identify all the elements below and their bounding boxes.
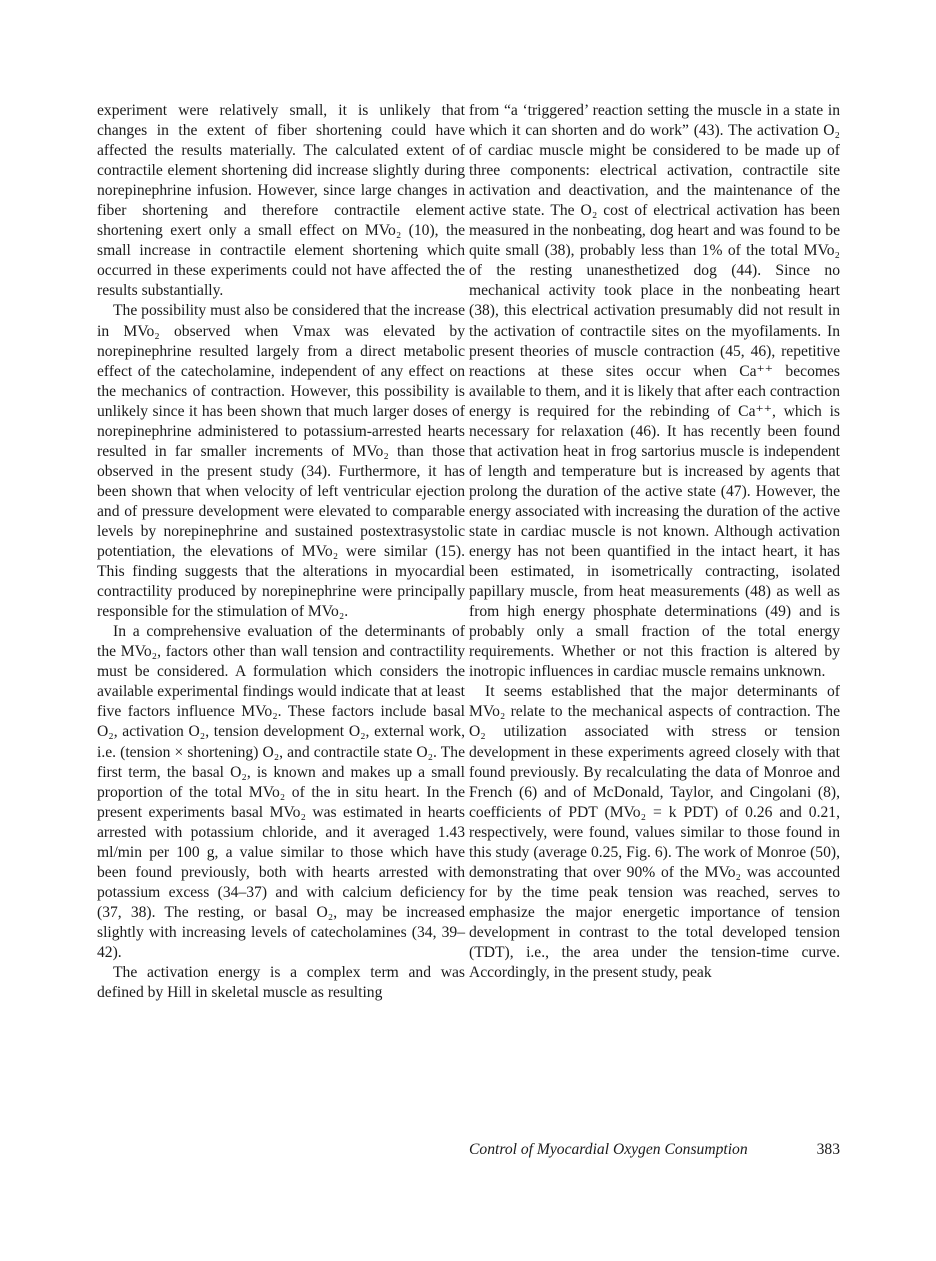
paragraph: It seems established that the major dete… <box>469 682 840 983</box>
paragraph: The possibility must also be considered … <box>97 301 465 622</box>
paragraph: The activation energy is a complex term … <box>97 963 465 1003</box>
paragraph: experiment were relatively small, it is … <box>97 101 465 301</box>
right-column: from “a ‘triggered’ reaction setting the… <box>469 101 840 983</box>
paragraph: In a comprehensive evaluation of the det… <box>97 622 465 963</box>
journal-page: experiment were relatively small, it is … <box>0 0 936 1261</box>
page-number: 383 <box>817 1141 840 1159</box>
left-column: experiment were relatively small, it is … <box>97 101 465 1003</box>
running-title: Control of Myocardial Oxygen Consumption <box>469 1141 748 1159</box>
page-footer: Control of Myocardial Oxygen Consumption… <box>469 1141 840 1159</box>
paragraph: from “a ‘triggered’ reaction setting the… <box>469 101 840 682</box>
